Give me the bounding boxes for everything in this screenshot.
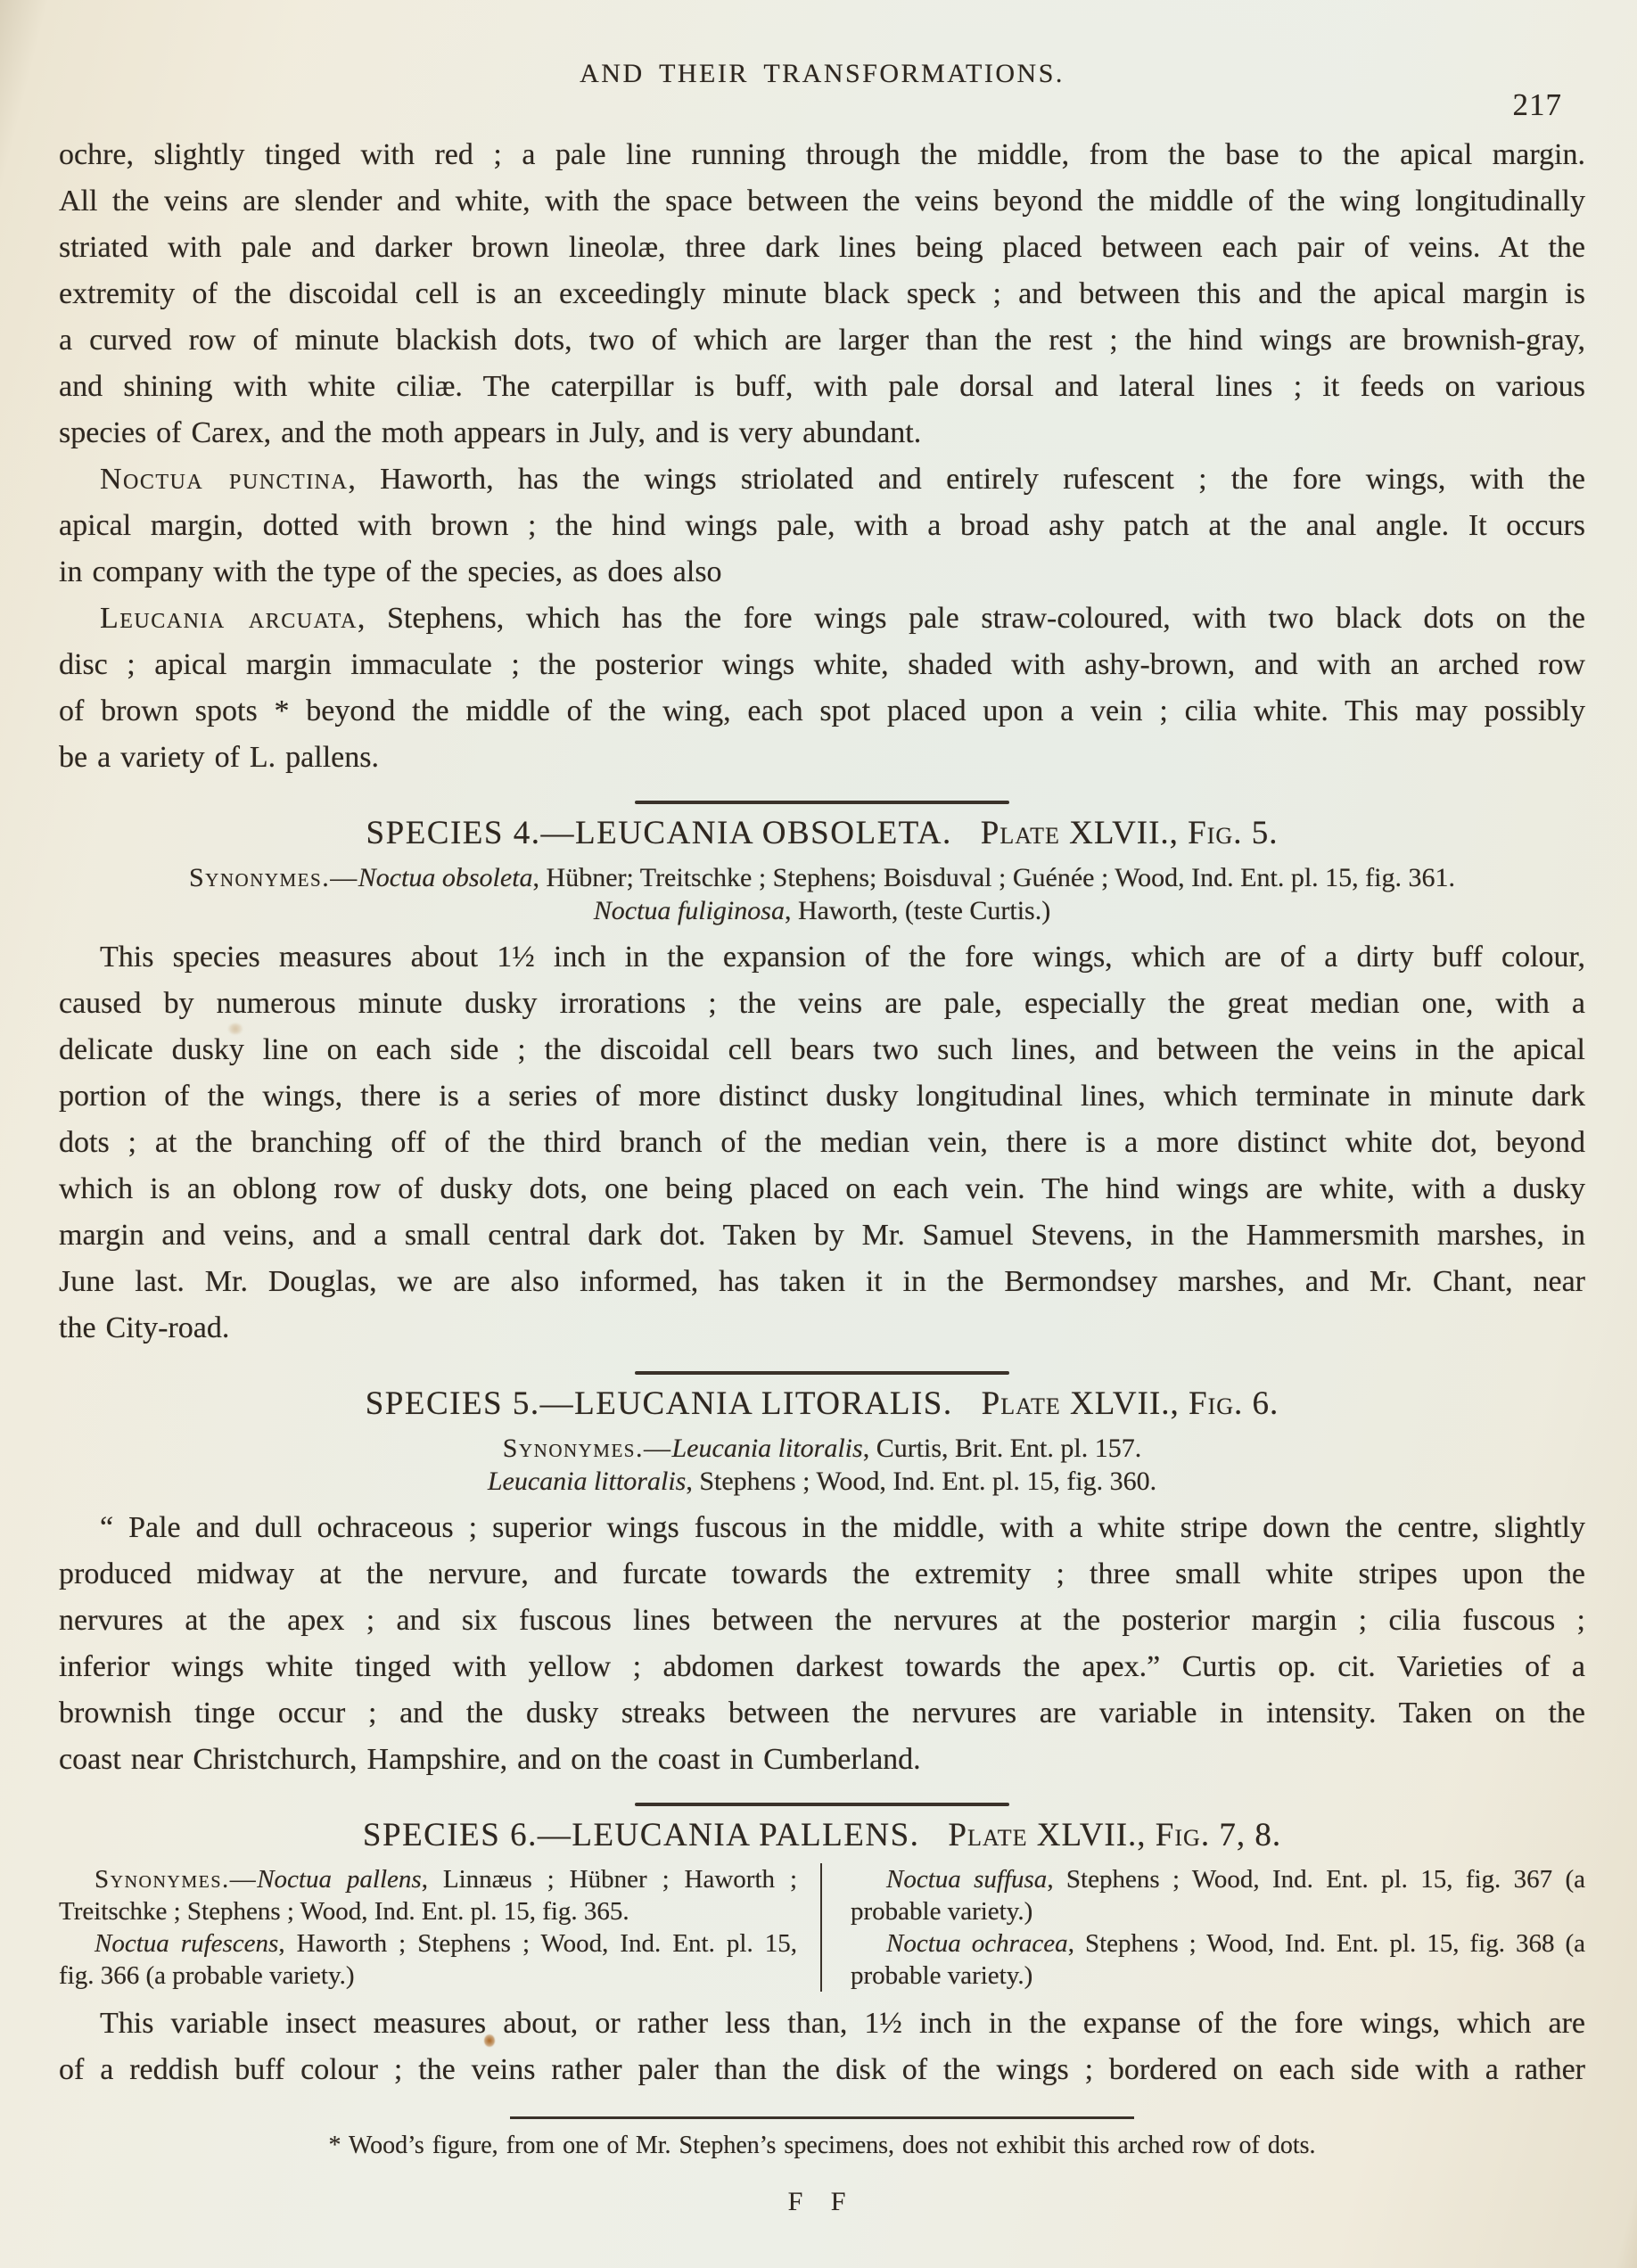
synonym-entry-line: probable variety.) (851, 1895, 1585, 1927)
synonymes-label: Synonymes.— (95, 1865, 257, 1894)
synonym-refs: , Curtis, Brit. Ent. pl. 157. (863, 1434, 1142, 1463)
paragraph-text: , Stephens, which has the fore wings pal… (358, 602, 1585, 635)
page-content: AND THEIR TRANSFORMATIONS. 217 ochre, sl… (0, 0, 1637, 2268)
text-line: dots ; at the branching off of the third… (59, 1120, 1585, 1166)
footnote-text: * Wood’s figure, from one of Mr. Stephen… (59, 2130, 1585, 2162)
text-line: ochre, slightly tinged with red ; a pale… (59, 132, 1585, 178)
synonym-name-italic: Noctua rufescens (95, 1929, 278, 1958)
paragraph-first-line: Leucania arcuata, Stephens, which has th… (59, 596, 1585, 642)
text-line: striated with pale and darker brown line… (59, 225, 1585, 271)
species4-heading: SPECIES 4.—LEUCANIA OBSOLETA.Plate XLVII… (59, 813, 1585, 854)
page-number: 217 (1513, 87, 1563, 123)
synonym-name-italic: Noctua suffusa (886, 1865, 1047, 1894)
species6-synonymes-columns: Synonymes.—Noctua pallens, Linnæus ; Hüb… (59, 1863, 1585, 1992)
synonymes-left-column: Synonymes.—Noctua pallens, Linnæus ; Hüb… (59, 1863, 822, 1992)
synonym-entry-line: probable variety.) (851, 1960, 1585, 1992)
synonym-entry-line: Noctua suffusa, Stephens ; Wood, Ind. En… (851, 1863, 1585, 1895)
section-divider-rule (635, 1803, 1009, 1806)
text-line: in company with the type of the species,… (59, 549, 1585, 596)
text-line: brownish tinge occur ; and the dusky str… (59, 1690, 1585, 1737)
species-name-smallcaps: Leucania arcuata (100, 602, 358, 635)
species5-title: SPECIES 5.—LEUCANIA LITORALIS. (366, 1385, 953, 1422)
species4-plate-ref: Plate XLVII., Fig. 5. (981, 815, 1279, 851)
synonym-name-italic: Noctua fuliginosa (594, 896, 785, 925)
synonym-name-italic: Noctua pallens (257, 1865, 421, 1894)
text-line: This variable insect measures about, or … (59, 2001, 1585, 2047)
species4-description: This species measures about 1½ inch in t… (59, 934, 1585, 1352)
text-line: of brown spots * beyond the middle of th… (59, 688, 1585, 735)
book-page-photo: { "colors": { "paper": "#efe9da", "ink":… (0, 0, 1637, 2268)
synonym-name-italic: Noctua ochracea (886, 1929, 1068, 1958)
synonym-refs: , Linnæus ; Hübner ; Haworth ; (422, 1865, 797, 1894)
synonym-entry-line: fig. 366 (a probable variety.) (59, 1960, 797, 1992)
species5-synonymes-line1: Synonymes.—Leucania litoralis, Curtis, B… (59, 1432, 1585, 1465)
species6-description: This variable insect measures about, or … (59, 2001, 1585, 2093)
section-divider-rule (635, 801, 1009, 804)
text-line: margin and veins, and a small central da… (59, 1212, 1585, 1259)
species5-synonymes-line2: Leucania littoralis, Stephens ; Wood, In… (59, 1465, 1585, 1498)
text-line: disc ; apical margin immaculate ; the po… (59, 642, 1585, 688)
synonym-entry-line: Synonymes.—Noctua pallens, Linnæus ; Hüb… (59, 1863, 797, 1895)
text-line: produced midway at the nervure, and furc… (59, 1551, 1585, 1598)
paragraph-text: , Haworth, has the wings striolated and … (348, 463, 1585, 496)
synonym-refs: , Stephens ; Wood, Ind. Ent. pl. 15, fig… (1068, 1929, 1585, 1958)
text-line: caused by numerous minute dusky irrorati… (59, 981, 1585, 1027)
synonym-refs: , Hübner; Treitschke ; Stephens; Boisduv… (533, 863, 1455, 892)
synonym-name-italic: Leucania littoralis (488, 1467, 687, 1496)
synonym-name-italic: Noctua obsoleta (358, 863, 533, 892)
species4-synonymes-line1: Synonymes.—Noctua obsoleta, Hübner; Trei… (59, 861, 1585, 894)
synonym-entry-line: Noctua ochracea, Stephens ; Wood, Ind. E… (851, 1927, 1585, 1960)
species6-plate-ref: Plate XLVII., Fig. 7, 8. (948, 1817, 1281, 1853)
species4-title: SPECIES 4.—LEUCANIA OBSOLETA. (366, 815, 952, 851)
species4-synonymes-line2: Noctua fuliginosa, Haworth, (teste Curti… (59, 894, 1585, 927)
page-header: AND THEIR TRANSFORMATIONS. 217 (59, 0, 1585, 132)
species6-title: SPECIES 6.—LEUCANIA PALLENS. (363, 1817, 919, 1853)
text-line: apical margin, dotted with brown ; the h… (59, 503, 1585, 549)
synonym-entry-line: Treitschke ; Stephens ; Wood, Ind. Ent. … (59, 1895, 797, 1927)
text-line: of a reddish buff colour ; the veins rat… (59, 2047, 1585, 2093)
species5-heading: SPECIES 5.—LEUCANIA LITORALIS.Plate XLVI… (59, 1384, 1585, 1425)
synonym-refs: , Haworth ; Stephens ; Wood, Ind. Ent. p… (278, 1929, 797, 1958)
text-line: a curved row of minute blackish dots, tw… (59, 317, 1585, 364)
text-line: coast near Christchurch, Hampshire, and … (59, 1737, 1585, 1783)
species5-description: “ Pale and dull ochraceous ; superior wi… (59, 1505, 1585, 1783)
footnote-rule (510, 2116, 1134, 2119)
synonym-refs: , Stephens ; Wood, Ind. Ent. pl. 15, fig… (1047, 1865, 1585, 1894)
text-line: nervures at the apex ; and six fuscous l… (59, 1598, 1585, 1644)
text-line: “ Pale and dull ochraceous ; superior wi… (59, 1505, 1585, 1551)
paragraph-lines: apical margin, dotted with brown ; the h… (59, 503, 1585, 596)
paragraph-first-line: Noctua punctina, Haworth, has the wings … (59, 456, 1585, 503)
text-line: inferior wings white tinged with yellow … (59, 1644, 1585, 1690)
text-line: June last. Mr. Douglas, we are also info… (59, 1259, 1585, 1305)
text-line: species of Carex, and the moth appears i… (59, 410, 1585, 456)
synonym-entry-line: Noctua rufescens, Haworth ; Stephens ; W… (59, 1927, 797, 1960)
text-line: the City-road. (59, 1305, 1585, 1352)
species6-heading: SPECIES 6.—LEUCANIA PALLENS.Plate XLVII.… (59, 1815, 1585, 1856)
text-line: All the veins are slender and white, wit… (59, 178, 1585, 225)
running-title: AND THEIR TRANSFORMATIONS. (59, 59, 1585, 89)
text-line: which is an oblong row of dusky dots, on… (59, 1166, 1585, 1212)
text-line: This species measures about 1½ inch in t… (59, 934, 1585, 981)
species-name-smallcaps: Noctua punctina (100, 463, 348, 496)
printers-signature-mark: F F (59, 2187, 1585, 2217)
text-line: be a variety of L. pallens. (59, 735, 1585, 781)
synonymes-right-column: Noctua suffusa, Stephens ; Wood, Ind. En… (822, 1863, 1585, 1992)
text-line: delicate dusky line on each side ; the d… (59, 1027, 1585, 1073)
synonym-refs: , Haworth, (teste Curtis.) (785, 896, 1050, 925)
species5-plate-ref: Plate XLVII., Fig. 6. (982, 1385, 1279, 1422)
text-line: extremity of the discoidal cell is an ex… (59, 271, 1585, 317)
synonym-name-italic: Leucania litoralis (672, 1434, 863, 1463)
paragraph-continuation: ochre, slightly tinged with red ; a pale… (59, 132, 1585, 456)
synonymes-label: Synonymes.— (189, 863, 358, 892)
section-divider-rule (635, 1371, 1009, 1375)
text-line: and shining with white ciliæ. The caterp… (59, 364, 1585, 410)
text-line: portion of the wings, there is a series … (59, 1073, 1585, 1120)
paragraph-leucania-arcuata: Leucania arcuata, Stephens, which has th… (59, 596, 1585, 781)
synonymes-label: Synonymes.— (503, 1434, 672, 1463)
paragraph-lines: disc ; apical margin immaculate ; the po… (59, 642, 1585, 781)
synonym-refs: , Stephens ; Wood, Ind. Ent. pl. 15, fig… (686, 1467, 1156, 1496)
paragraph-noctua-punctina: Noctua punctina, Haworth, has the wings … (59, 456, 1585, 596)
